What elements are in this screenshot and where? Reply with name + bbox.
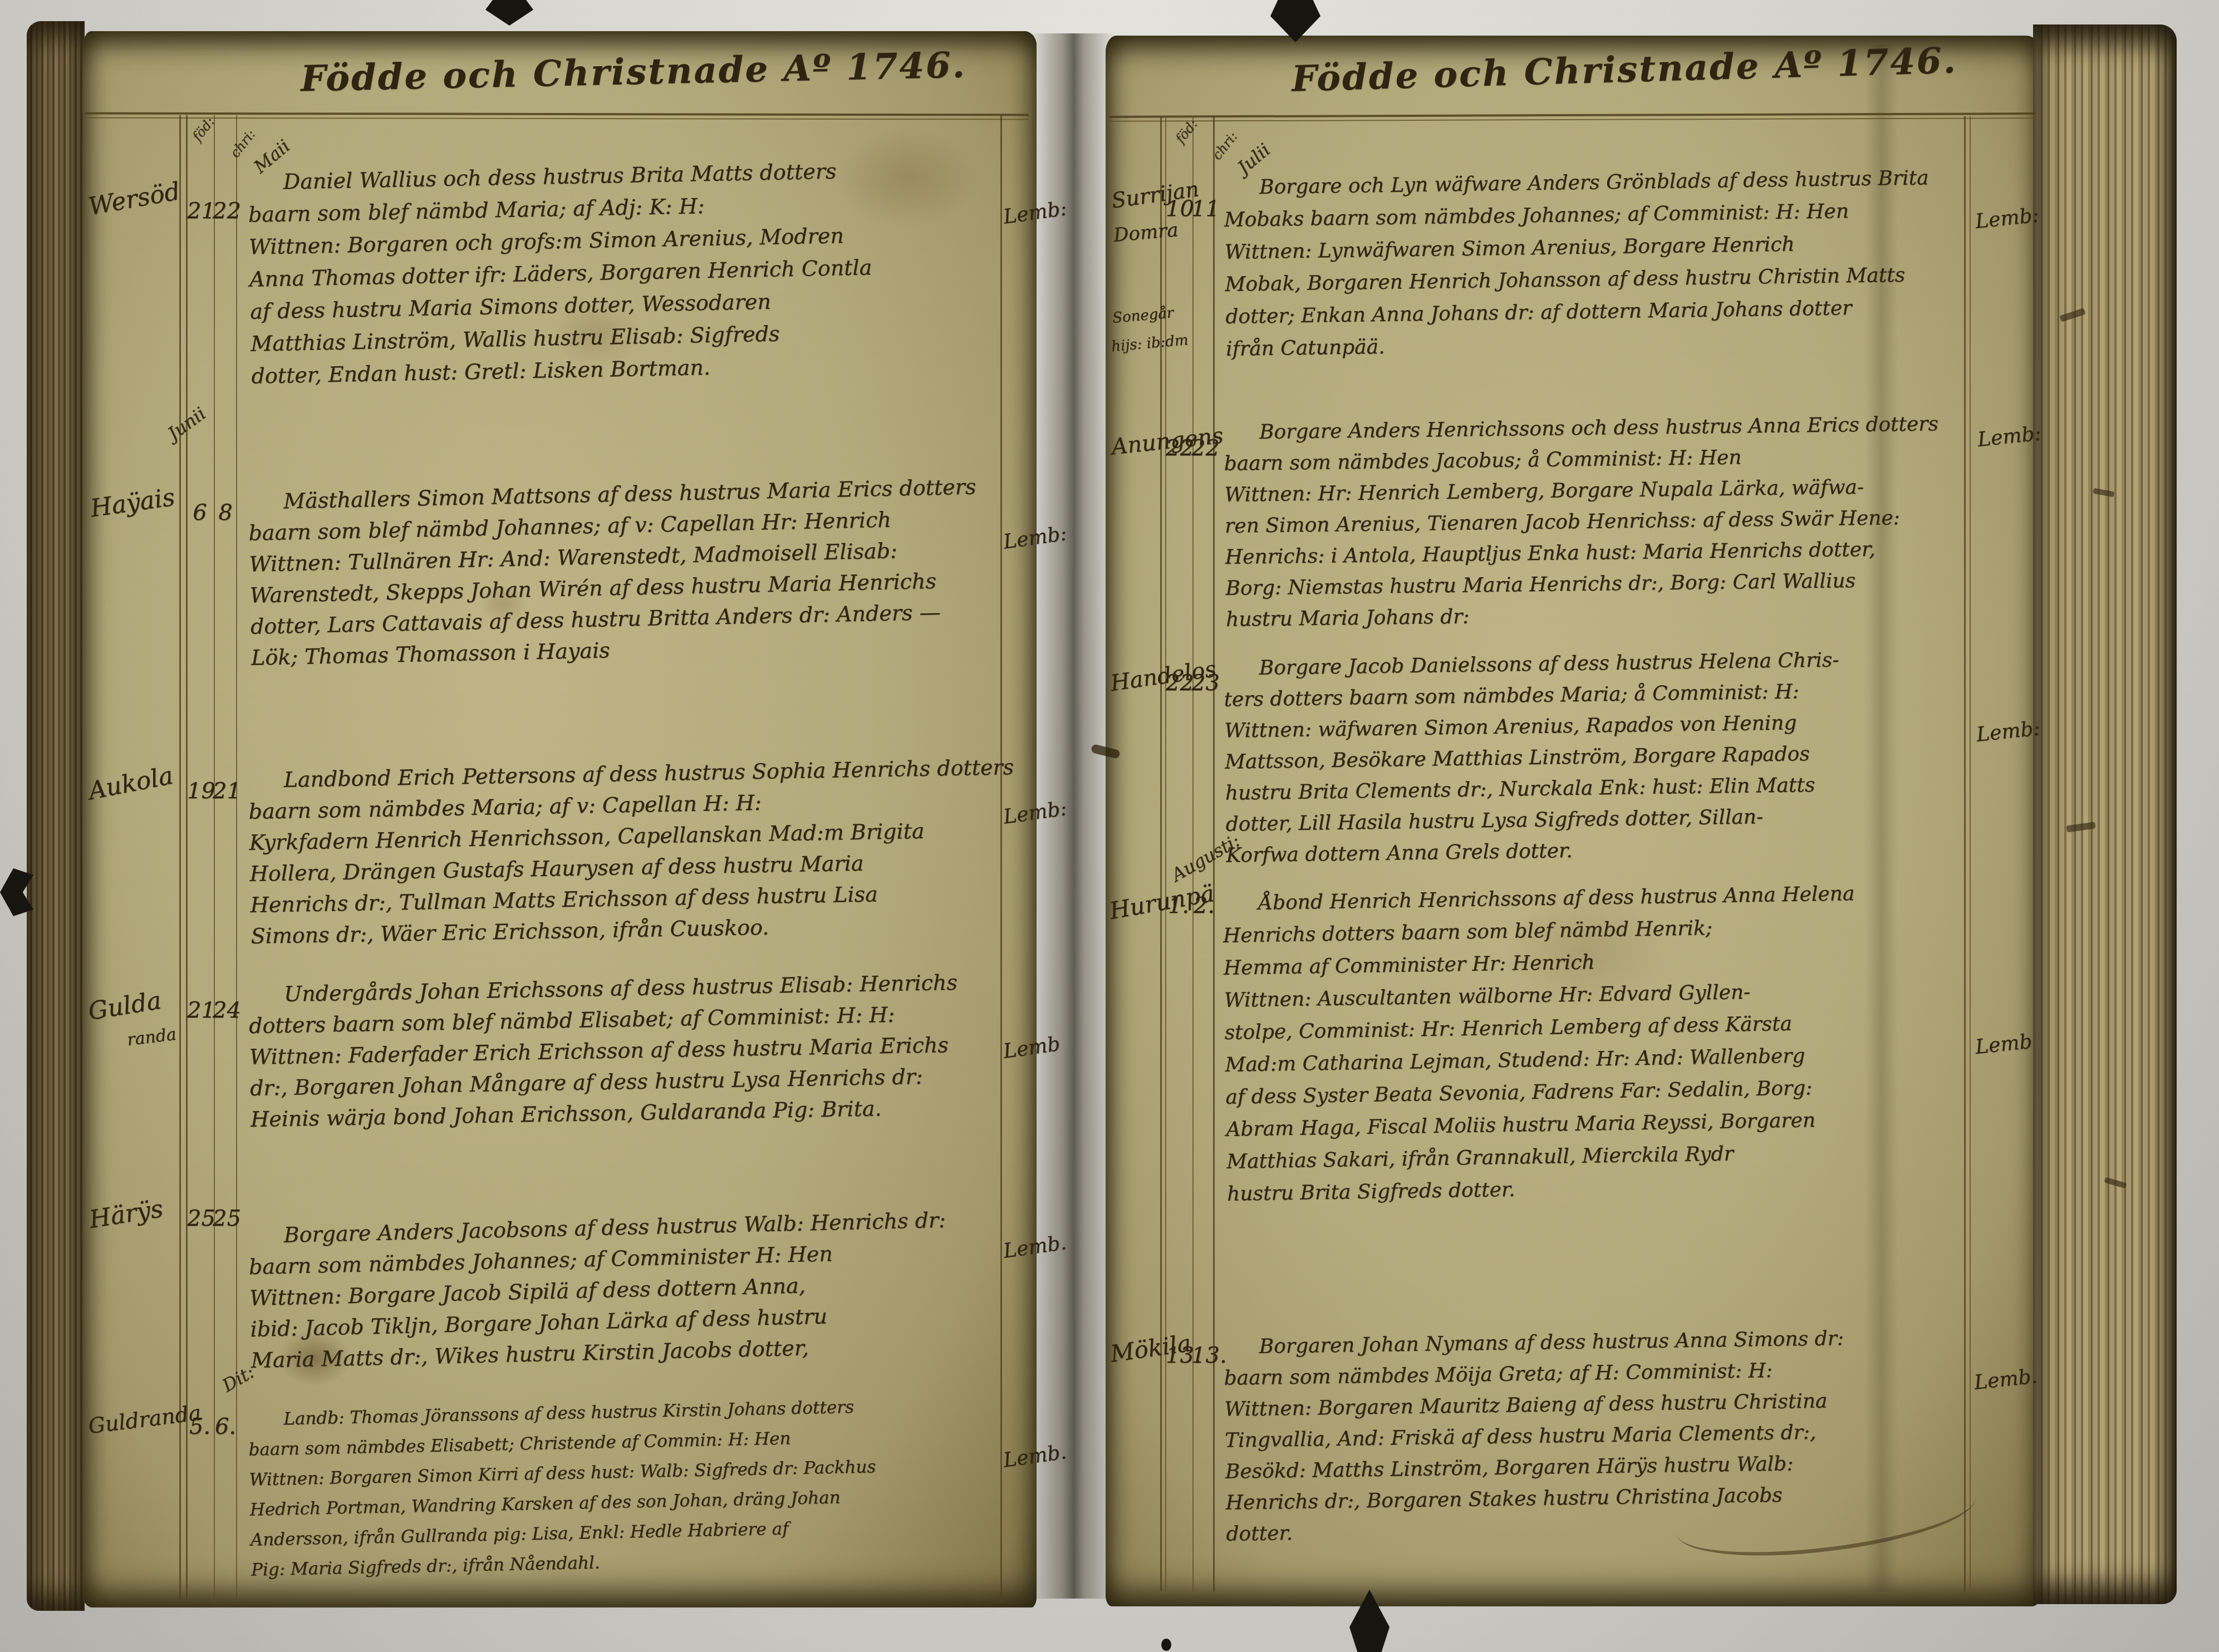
entry-text: Daniel Wallius och dess hustrus Brita Ma… — [247, 154, 874, 392]
entry-text: Mästhallers Simon Mattsons af dess hustr… — [248, 471, 980, 673]
entry-text: Borgare Anders Henrichssons och dess hus… — [1224, 409, 1941, 636]
birth-date: 22 — [1166, 670, 1191, 696]
birth-date: 22 — [1166, 435, 1191, 461]
film-clip-top-left — [485, 0, 533, 26]
entry-text: Borgare och Lyn wäfware Anders Grönblads… — [1224, 162, 1931, 366]
text-boundary-rule — [1964, 116, 1966, 1591]
entry-text: Borgare Jacob Danielssons af dess hustru… — [1223, 645, 1842, 871]
christening-date: 24 — [213, 997, 238, 1023]
birth-date: 5. — [187, 1414, 213, 1439]
entry-text: Undergårds Johan Erichssons af dess hust… — [248, 967, 960, 1135]
entry-text: Landb: Thomas Jöranssons af dess hustrus… — [248, 1392, 878, 1585]
christening-date: 21 — [213, 778, 238, 804]
ruled-line-vertical — [214, 115, 215, 1602]
birth-date: 21 — [187, 198, 213, 224]
christening-date: 6. — [213, 1414, 238, 1439]
ruled-line-vertical — [179, 115, 181, 1602]
entry-text: Åbond Henrich Henrichssons af dess hustr… — [1223, 878, 1859, 1211]
birth-date: 13. — [1166, 1343, 1191, 1368]
christening-date: 8 — [213, 500, 238, 525]
christening-date: 25 — [213, 1206, 238, 1231]
birth-date: 1. — [1166, 893, 1191, 918]
book-fore-edge-stack — [2033, 24, 2177, 1604]
christening-date: 22 — [213, 198, 238, 224]
christening-date: 22 — [1191, 435, 1217, 461]
ruled-line-vertical — [186, 115, 188, 1602]
birth-date: 10 — [1166, 196, 1191, 222]
entry-text: Landbond Erich Pettersons af dess hustru… — [248, 751, 1017, 952]
text-boundary-rule — [1970, 116, 1971, 1591]
christening-date: 2. — [1191, 893, 1217, 918]
christening-date: 13. — [1191, 1343, 1217, 1368]
book-left-page-edge-stack — [27, 21, 85, 1611]
birth-date: 25 — [187, 1206, 213, 1231]
christening-date: 23 — [1191, 670, 1217, 696]
entry-text: Borgare Anders Jacobsons af dess hustrus… — [248, 1204, 949, 1376]
film-clip-bottom-dot — [1161, 1639, 1171, 1651]
birth-date: 6 — [187, 500, 213, 525]
birth-date: 19 — [187, 778, 213, 804]
christening-date: 11 — [1191, 196, 1217, 222]
photo-backdrop: Födde och Christnade Aº 1746. föd: chri:… — [0, 0, 2219, 1652]
birth-date: 21 — [187, 997, 213, 1023]
